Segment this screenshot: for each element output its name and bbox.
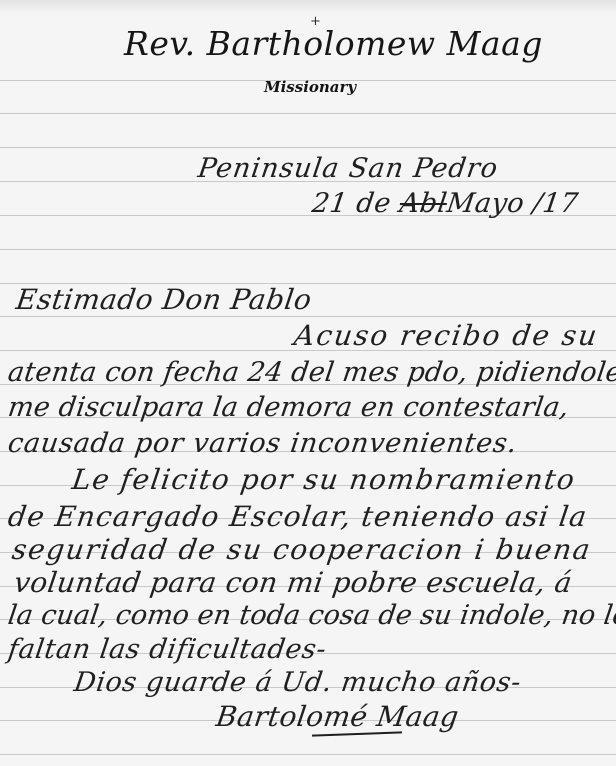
body-line: atenta con fecha 24 del mes pdo, pidiend… <box>6 357 616 388</box>
body-line: voluntad para con mi pobre escuela, á <box>12 566 574 599</box>
salutation: Estimado Don Pablo <box>14 283 314 316</box>
body-line: Acuso recibo de su <box>292 319 601 352</box>
date-day: 21 de <box>310 188 393 219</box>
scan-edge-shading <box>0 0 616 14</box>
body-line: me disculpara la demora en contestarla, <box>6 392 571 423</box>
ruled-line <box>0 147 616 148</box>
letterhead-title: Missionary <box>264 78 356 96</box>
signature: Bartolomé Maag <box>214 700 461 733</box>
date-rest: Mayo /17 <box>445 188 581 219</box>
body-line: Le felicito por su nombramiento <box>70 463 578 496</box>
ruled-line <box>0 316 616 317</box>
body-line: causada por varios inconvenientes. <box>6 428 519 459</box>
ruled-line <box>0 249 616 250</box>
body-line: de Encargado Escolar, teniendo asi la <box>6 500 590 533</box>
letter-page: + Rev. Bartholomew Maag Missionary Penin… <box>0 0 616 766</box>
closing-line: Dios guarde á Ud. mucho años- <box>72 667 523 698</box>
ruled-line <box>0 754 616 755</box>
ruled-line <box>0 113 616 114</box>
body-line: la cual, como en toda cosa de su indole,… <box>6 600 616 631</box>
body-line: faltan las dificultades- <box>6 634 328 665</box>
body-line: seguridad de su cooperacion i buena <box>10 533 594 566</box>
letter-place: Peninsula San Pedro <box>196 153 500 184</box>
date-struck-word: Abl <box>398 188 449 219</box>
letterhead-name: Rev. Bartholomew Maag <box>124 24 504 63</box>
letter-date: 21 de AblMayo /17 <box>310 188 580 219</box>
